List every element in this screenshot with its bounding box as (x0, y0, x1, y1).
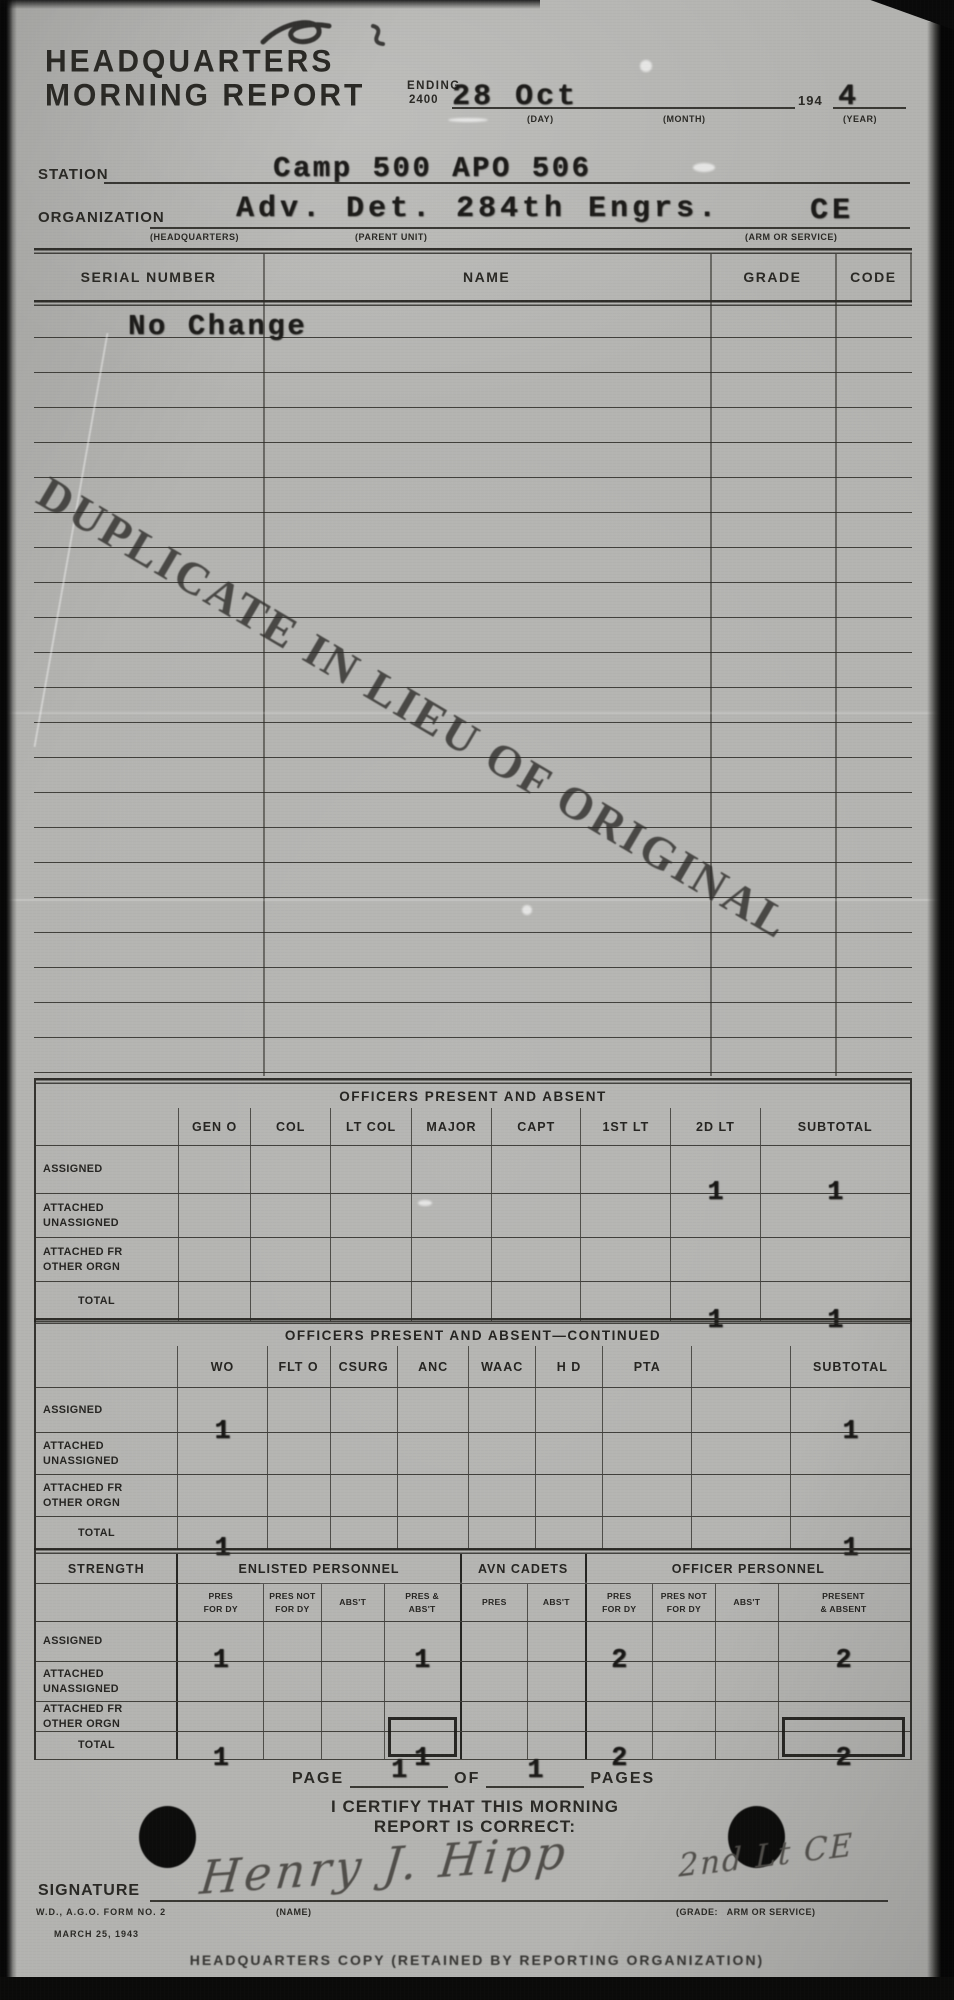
footer-copy-note: HEADQUARTERS COPY (RETAINED BY REPORTING… (0, 1952, 954, 1968)
tbl3-col-8: ABS'T (716, 1584, 779, 1621)
tbl3-r1-c1 (264, 1662, 322, 1701)
tbl3-r2-c6 (587, 1702, 653, 1731)
tbl2-r3-c2 (331, 1517, 398, 1549)
roster-blank-row (34, 408, 912, 443)
tbl2-r0-c5 (536, 1388, 603, 1432)
tbl3-r1-c4 (462, 1662, 528, 1701)
tbl3-r0-c7 (653, 1622, 716, 1661)
tbl3-r1-c8 (716, 1662, 779, 1701)
tbl1-r2-c0 (179, 1238, 251, 1281)
tbl3-row-1-label: ATTACHED UNASSIGNED (36, 1662, 178, 1701)
tbl1-row-3-label: TOTAL (36, 1282, 179, 1321)
tbl1-rowlabel-head (36, 1108, 179, 1145)
tbl3-row-2: ATTACHED FR OTHER ORGN (36, 1702, 910, 1732)
tbl1-r2-c7 (761, 1238, 910, 1281)
tbl1-col-3: MAJOR (412, 1108, 492, 1145)
tbl1-row-0-label: ASSIGNED (36, 1146, 179, 1193)
tbl3-r2-c1 (264, 1702, 322, 1731)
month-label: (MONTH) (663, 114, 706, 124)
day-label: (DAY) (527, 114, 554, 124)
roster-blank-row (34, 478, 912, 513)
tbl3-r3-c7 (653, 1732, 716, 1759)
tbl2-r1-c7 (692, 1433, 791, 1474)
tbl2-r0-c1 (268, 1388, 331, 1432)
tbl3-r3-c2 (322, 1732, 385, 1759)
tbl3-r3-c5 (528, 1732, 587, 1759)
tbl1-r1-c5 (581, 1194, 671, 1237)
tbl1-r1-c7 (761, 1194, 910, 1237)
tbl3-rowlabel-head (36, 1584, 178, 1621)
tbl1-r3-c3 (412, 1282, 492, 1321)
tbl3-r3-c6: 2 (587, 1732, 653, 1759)
tbl1-r2-c1 (251, 1238, 331, 1281)
tbl2-r3-c3 (398, 1517, 470, 1549)
of-label: OF (454, 1770, 480, 1788)
tbl2-col-2: CSURG (331, 1346, 398, 1387)
tbl3-r0-c4 (462, 1622, 528, 1661)
roster-blank-row (34, 338, 912, 373)
tbl3-row-0: ASSIGNED1122 (36, 1622, 910, 1662)
roster-entry: No Change (128, 310, 307, 343)
tbl2-r0-c8: 1 (791, 1388, 910, 1432)
tbl3-col-9: PRESENT & ABSENT (779, 1584, 908, 1621)
tbl2-r1-c4 (469, 1433, 535, 1474)
tbl2-col-3: ANC (398, 1346, 470, 1387)
tbl2-r0-c7 (692, 1388, 791, 1432)
tbl1-r0-c5 (581, 1146, 671, 1193)
scan-edge-left (0, 0, 17, 2000)
tbl2-col-7 (692, 1346, 791, 1387)
tbl3-r1-c7 (653, 1662, 716, 1701)
roster-blank-row (34, 653, 912, 688)
tbl3-r2-c0 (178, 1702, 264, 1731)
tbl2-row-0-label: ASSIGNED (36, 1388, 178, 1432)
tbl2-r1-c5 (536, 1433, 603, 1474)
tbl3-r2-c5 (528, 1702, 587, 1731)
signature-label: SIGNATURE (38, 1882, 140, 1900)
tbl2-r0-c0: 1 (178, 1388, 267, 1432)
tbl3-r1-c6 (587, 1662, 653, 1701)
headquarters-label: (HEADQUARTERS) (150, 232, 239, 242)
tbl3-col-6: PRES FOR DY (587, 1584, 653, 1621)
tbl2-r3-c7 (692, 1517, 791, 1549)
tbl3-r1-c3 (385, 1662, 462, 1701)
tbl2-col-5: H D (536, 1346, 603, 1387)
tbl3-r1-c5 (528, 1662, 587, 1701)
tbl3-r3-c0: 1 (178, 1732, 264, 1759)
pages-number: 1 (527, 1756, 543, 1786)
page-label: PAGE (292, 1770, 344, 1788)
tbl2-r0-c2 (331, 1388, 398, 1432)
tbl2-row-2: ATTACHED FR OTHER ORGN (36, 1475, 910, 1517)
tbl2-r3-c5 (536, 1517, 603, 1549)
tbl1-row-0: ASSIGNED11 (36, 1146, 910, 1194)
tbl2-r2-c1 (268, 1475, 331, 1516)
tbl3-r3-c9: 2 (779, 1732, 908, 1759)
tbl3-col-7: PRES NOT FOR DY (653, 1584, 716, 1621)
tbl2-r2-c7 (692, 1475, 791, 1516)
roster-divider-name-grade (710, 254, 712, 1076)
scratch-line (260, 1582, 760, 1584)
tbl3-col-0: PRES FOR DY (178, 1584, 264, 1621)
pagination: PAGE 1 OF 1 PAGES (292, 1756, 655, 1788)
tbl2-row-2-label: ATTACHED FR OTHER ORGN (36, 1475, 178, 1516)
tbl2-r3-c1 (268, 1517, 331, 1549)
tbl2-r1-c1 (268, 1433, 331, 1474)
tbl1-r3-c0 (179, 1282, 251, 1321)
page-number: 1 (391, 1756, 407, 1786)
tbl3-r1-c9 (779, 1662, 908, 1701)
roster-col-1: NAME (263, 269, 710, 285)
pages-label: PAGES (590, 1770, 655, 1788)
page-title-line2: MORNING REPORT (45, 78, 365, 114)
tbl3-col-4: PRES (462, 1584, 528, 1621)
tbl1-r3-c5 (581, 1282, 671, 1321)
roster-blank-row (34, 968, 912, 1003)
roster-blank-row (34, 373, 912, 408)
tbl3-r1-c0 (178, 1662, 264, 1701)
tbl1-r0-c6: 1 (671, 1146, 760, 1193)
tbl2-r2-c2 (331, 1475, 398, 1516)
tbl3-r0-c5 (528, 1622, 587, 1661)
arm-service-value: CE (810, 194, 854, 228)
tbl1-col-5: 1ST LT (581, 1108, 671, 1145)
tbl2-row-3: TOTAL11 (36, 1517, 910, 1550)
tbl1-r0-c3 (412, 1146, 492, 1193)
roster-entry-row: No Change (34, 306, 912, 338)
tbl1-row-2-label: ATTACHED FR OTHER ORGN (36, 1238, 179, 1281)
ink-squiggle (255, 12, 415, 62)
tbl2-r1-c8 (791, 1433, 910, 1474)
tbl3-row-3-label: TOTAL (36, 1732, 178, 1759)
tbl1-r1-c6 (671, 1194, 760, 1237)
tbl1-col-6: 2D LT (671, 1108, 760, 1145)
roster-blank-row (34, 828, 912, 863)
tbl1-r0-c0 (179, 1146, 251, 1193)
name-label: (NAME) (276, 1907, 312, 1917)
tally-value: 2 (779, 1744, 908, 1774)
tbl1-r3-c6: 1 (671, 1282, 760, 1321)
scan-edge-top (0, 0, 540, 9)
tbl1-r1-c1 (251, 1194, 331, 1237)
grade-arm-label: (GRADE: ARM OR SERVICE) (676, 1907, 816, 1917)
tbl2-r2-c0 (178, 1475, 267, 1516)
tbl2-r0-c3 (398, 1388, 470, 1432)
tbl3-r0-c2 (322, 1622, 385, 1661)
roster-divider-serial-name (263, 254, 265, 1076)
tbl3-r2-c7 (653, 1702, 716, 1731)
tbl3-r3-c4 (462, 1732, 528, 1759)
tbl3-r2-c4 (462, 1702, 528, 1731)
tbl2-r1-c6 (603, 1433, 692, 1474)
tbl2-r0-c4 (469, 1388, 535, 1432)
tbl1-r3-c7: 1 (761, 1282, 910, 1321)
scratch-line (0, 899, 954, 901)
tbl2-r2-c6 (603, 1475, 692, 1516)
tbl2-col-8: SUBTOTAL (791, 1346, 910, 1387)
tbl1-r1-c0 (179, 1194, 251, 1237)
tbl2-r0-c6 (603, 1388, 692, 1432)
tbl3-col-5: ABS'T (528, 1584, 587, 1621)
tbl1-r3-c1 (251, 1282, 331, 1321)
organization-label: ORGANIZATION (38, 209, 165, 226)
tbl1-r0-c4 (492, 1146, 581, 1193)
roster-blank-row (34, 443, 912, 478)
tbl2-row-1: ATTACHED UNASSIGNED (36, 1433, 910, 1475)
tbl2-r3-c4 (469, 1517, 535, 1549)
roster-blank-row (34, 618, 912, 653)
station-value: Camp 500 APO 506 (273, 152, 591, 185)
tbl2-r2-c3 (398, 1475, 470, 1516)
arm-service-label: (ARM OR SERVICE) (745, 232, 837, 242)
tbl1-col-1: COL (251, 1108, 331, 1145)
punch-hole-left (139, 1806, 196, 1868)
tbl1-r0-c1 (251, 1146, 331, 1193)
tbl1-col-2: LT COL (331, 1108, 411, 1145)
tbl2-r2-c4 (469, 1475, 535, 1516)
roster-col-2: GRADE (710, 269, 835, 285)
tbl3-row-0-label: ASSIGNED (36, 1622, 178, 1661)
roster-col-3: CODE (835, 269, 912, 285)
scan-edge-bottom (0, 1977, 954, 2000)
tbl2-col-4: WAAC (469, 1346, 535, 1387)
tbl1-r1-c4 (492, 1194, 581, 1237)
roster-blank-row (34, 933, 912, 968)
roster-header: SERIAL NUMBERNAMEGRADECODE (34, 254, 912, 300)
tbl3-r0-c6: 2 (587, 1622, 653, 1661)
tbl3-r3-c8 (716, 1732, 779, 1759)
tbl3-group-1: AVN CADETS (462, 1554, 587, 1583)
organization-value: Adv. Det. 284th Engrs. (236, 192, 720, 226)
tbl2-r2-c5 (536, 1475, 603, 1516)
tbl3-group-0: ENLISTED PERSONNEL (178, 1554, 461, 1583)
roster-blank-row (34, 1038, 912, 1073)
tbl1-r2-c5 (581, 1238, 671, 1281)
tbl2-r1-c0 (178, 1433, 267, 1474)
tbl1-row-3: TOTAL11 (36, 1282, 910, 1322)
form-number-line1: W.D., A.G.O. FORM NO. 2 (36, 1907, 166, 1917)
tbl1-r1-c2 (331, 1194, 411, 1237)
tbl1-col-4: CAPT (492, 1108, 581, 1145)
parent-unit-label: (PARENT UNIT) (355, 232, 427, 242)
tbl3-col-1: PRES NOT FOR DY (264, 1584, 322, 1621)
ending-time: 2400 (409, 94, 439, 106)
tbl2-rowlabel-head (36, 1346, 178, 1387)
tbl1-r0-c7: 1 (761, 1146, 910, 1193)
tbl3-r3-c1 (264, 1732, 322, 1759)
tbl2-r1-c2 (331, 1433, 398, 1474)
tbl3-r2-c2 (322, 1702, 385, 1731)
tbl3-r0-c1 (264, 1622, 322, 1661)
tbl1-r2-c4 (492, 1238, 581, 1281)
tbl3-r0-c0: 1 (178, 1622, 264, 1661)
tbl3-r0-c3: 1 (385, 1622, 462, 1661)
tbl3-col-3: PRES & ABS'T (385, 1584, 462, 1621)
scan-edge-right (927, 22, 954, 1980)
roster-table: SERIAL NUMBERNAMEGRADECODE No Change (34, 248, 912, 1073)
tbl1-r3-c2 (331, 1282, 411, 1321)
officers-continued-table: OFFICERS PRESENT AND ABSENT—CONTINUEDWOF… (34, 1318, 912, 1550)
tbl2-col-1: FLT O (268, 1346, 331, 1387)
form-number-line2: MARCH 25, 1943 (54, 1929, 139, 1939)
tbl3-r0-c8 (716, 1622, 779, 1661)
tbl1-r3-c4 (492, 1282, 581, 1321)
tbl2-title: OFFICERS PRESENT AND ABSENT—CONTINUED (36, 1324, 910, 1346)
tbl1-r0-c2 (331, 1146, 411, 1193)
roster-col-0: SERIAL NUMBER (34, 269, 263, 285)
tbl2-col-0: WO (178, 1346, 267, 1387)
tbl3-r0-c9: 2 (779, 1622, 908, 1661)
tbl1-row-2: ATTACHED FR OTHER ORGN (36, 1238, 910, 1282)
tbl2-row-1-label: ATTACHED UNASSIGNED (36, 1433, 178, 1474)
tbl3-r3-c3: 1 (385, 1732, 462, 1759)
station-label: STATION (38, 166, 109, 183)
year-label: (YEAR) (843, 114, 877, 124)
tbl3-row-1: ATTACHED UNASSIGNED (36, 1662, 910, 1702)
tbl3-r2-c8 (716, 1702, 779, 1731)
tbl3-r1-c2 (322, 1662, 385, 1701)
tbl2-r2-c8 (791, 1475, 910, 1516)
tally-value: 1 (178, 1744, 263, 1774)
tbl1-row-1-label: ATTACHED UNASSIGNED (36, 1194, 179, 1237)
tbl2-r1-c3 (398, 1433, 470, 1474)
roster-divider-right-edge (910, 254, 912, 300)
tbl1-title: OFFICERS PRESENT AND ABSENT (36, 1084, 910, 1108)
tbl3-group-2: OFFICER PERSONNEL (587, 1554, 910, 1583)
tbl1-r2-c3 (412, 1238, 492, 1281)
tbl1-r2-c2 (331, 1238, 411, 1281)
tbl3-corner: STRENGTH (36, 1554, 178, 1583)
scanned-morning-report: HEADQUARTERS MORNING REPORT ENDING 2400 … (0, 0, 954, 2000)
tbl2-r3-c8: 1 (791, 1517, 910, 1549)
tbl3-col-2: ABS'T (322, 1584, 385, 1621)
tbl2-row-0: ASSIGNED11 (36, 1388, 910, 1433)
roster-blank-row (34, 793, 912, 828)
tbl1-r2-c6 (671, 1238, 760, 1281)
tbl2-r3-c6 (603, 1517, 692, 1549)
tbl2-row-3-label: TOTAL (36, 1517, 178, 1549)
tbl2-col-6: PTA (603, 1346, 692, 1387)
tbl1-col-7: SUBTOTAL (761, 1108, 910, 1145)
roster-blank-row (34, 1003, 912, 1038)
strength-table: STRENGTHENLISTED PERSONNELAVN CADETSOFFI… (34, 1548, 912, 1760)
tbl2-r3-c0: 1 (178, 1517, 267, 1549)
roster-divider-grade-code (835, 254, 837, 1076)
tbl3-row-2-label: ATTACHED FR OTHER ORGN (36, 1702, 178, 1731)
officers-present-absent-table: OFFICERS PRESENT AND ABSENTGEN OCOLLT CO… (34, 1078, 912, 1322)
tbl1-col-0: GEN O (179, 1108, 251, 1145)
year-prefix: 194 (798, 93, 823, 108)
tbl1-row-1: ATTACHED UNASSIGNED (36, 1194, 910, 1238)
